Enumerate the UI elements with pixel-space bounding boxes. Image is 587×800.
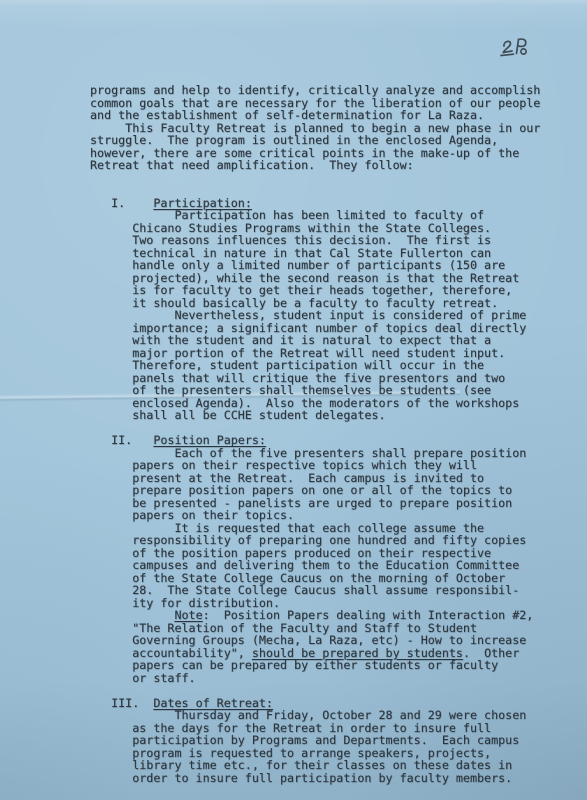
text-segment: or staff. xyxy=(90,671,196,685)
text-segment: Retreat that need amplification. They fo… xyxy=(90,158,414,172)
section-ii-position-papers: II. Position Papers: Each of the five pr… xyxy=(90,434,570,684)
section-i-participation: I. Participation: Participation has been… xyxy=(90,197,570,422)
document-line: shall all be CCHE student delegates. xyxy=(90,409,570,422)
handwritten-page-mark: 2/o xyxy=(497,36,531,72)
handwritten-mark-strokes xyxy=(497,36,531,72)
scanned-document-page: { "colors": { "paper": "#a2c5db", "ink":… xyxy=(0,0,587,800)
document-line: or staff. xyxy=(90,672,570,685)
text-segment: order to insure full participation by fa… xyxy=(90,771,512,785)
intro-paragraphs: programs and help to identify, criticall… xyxy=(90,84,570,172)
document-text: programs and help to identify, criticall… xyxy=(90,84,570,784)
document-line: order to insure full participation by fa… xyxy=(90,772,570,785)
section-iii-dates-of-retreat: III. Dates of Retreat: Thursday and Frid… xyxy=(90,697,570,785)
document-line: Retreat that need amplification. They fo… xyxy=(90,159,570,172)
text-segment: shall all be CCHE student delegates. xyxy=(90,408,386,422)
